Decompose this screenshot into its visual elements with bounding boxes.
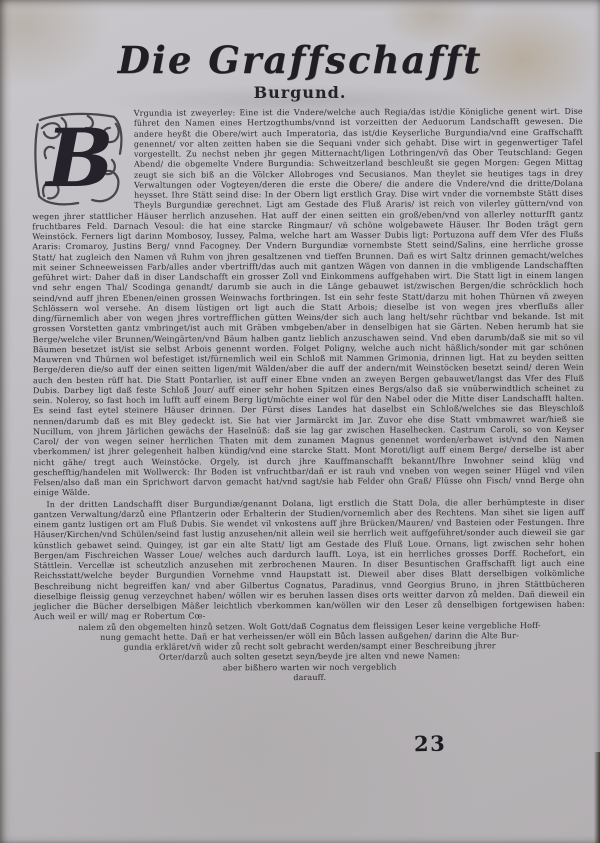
drop-cap: B bbox=[32, 110, 127, 209]
body-text-block: B Vrgundia ist zweyerley: Eine ist die V… bbox=[32, 107, 586, 684]
page-subtitle: Burgund. bbox=[0, 83, 600, 102]
page-heading: Die Graffschafft Burgund. bbox=[0, 38, 600, 102]
body-paragraph-1: B Vrgundia ist zweyerley: Eine ist die V… bbox=[32, 107, 585, 499]
scan-edge-shadow bbox=[594, 752, 600, 843]
drop-cap-ornament-icon: B bbox=[32, 110, 127, 209]
scanned-book-page: Die Graffschafft Burgund. bbox=[0, 0, 600, 843]
body-paragraph-2: In der dritten Landschafft diser Burgund… bbox=[33, 497, 585, 622]
page-title: Die Graffschafft bbox=[0, 38, 600, 82]
taper-block: nalem zů den obgemelten hinzů setzen. Wo… bbox=[34, 620, 585, 684]
taper-line: darauff. bbox=[34, 672, 585, 685]
folio-number: 23 bbox=[414, 731, 447, 757]
paragraph-2-text: In der dritten Landschafft diser Burgund… bbox=[33, 497, 584, 621]
svg-text:B: B bbox=[44, 111, 114, 205]
